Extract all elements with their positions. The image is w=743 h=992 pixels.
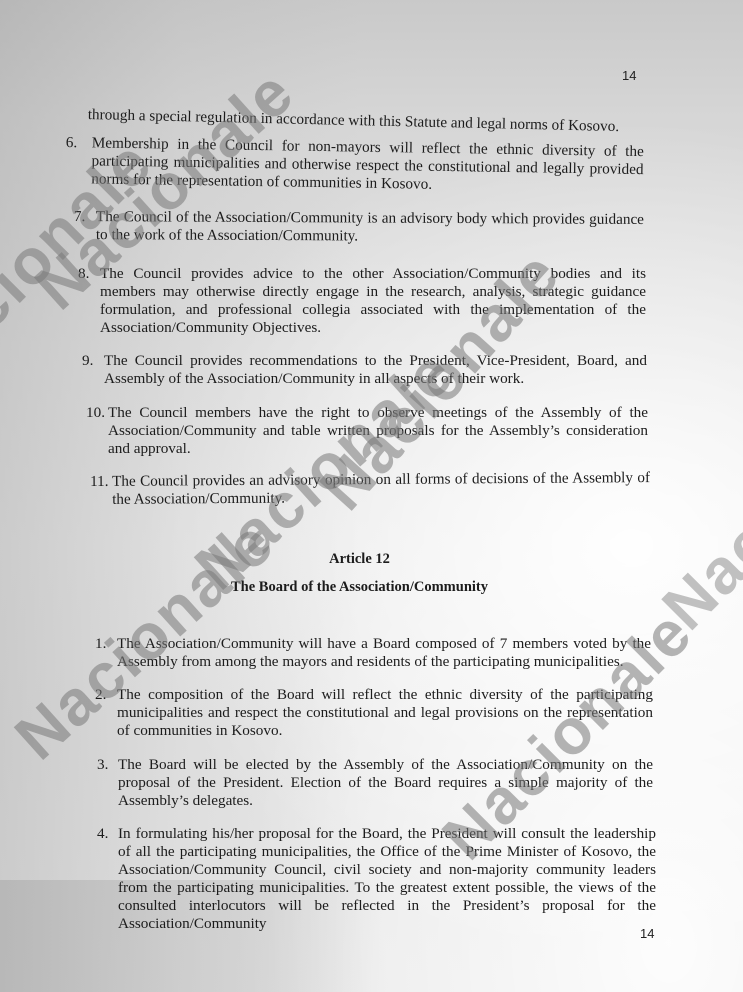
- item-number: 4.: [97, 825, 108, 843]
- item-text: The Council members have the right to ob…: [108, 404, 648, 458]
- item-text: The Board will be elected by the Assembl…: [118, 756, 653, 810]
- item-text: The Council provides advice to the other…: [100, 265, 646, 337]
- document-page: 14 through a special regulation in accor…: [0, 0, 743, 992]
- item-text: In formulating his/her proposal for the …: [118, 825, 656, 933]
- item-number: 1.: [95, 635, 106, 653]
- item-text: The Council provides recommendations to …: [104, 352, 647, 388]
- item-number: 9.: [82, 352, 93, 370]
- article-subtitle: The Board of the Association/Community: [0, 578, 731, 596]
- item-number: 6.: [66, 134, 78, 152]
- continuation-line: through a special regulation in accordan…: [88, 106, 620, 136]
- item-text: The Council provides an advisory opinion…: [112, 469, 650, 509]
- article-title: Article 12: [0, 550, 731, 568]
- item-number: 8.: [78, 265, 89, 283]
- item-text: The Association/Community will have a Bo…: [117, 635, 651, 671]
- watermark: Nacionale: [648, 365, 743, 644]
- item-text: The composition of the Board will reflec…: [117, 686, 653, 740]
- item-number: 3.: [97, 756, 108, 774]
- item-text: Membership in the Council for non-mayors…: [91, 134, 644, 197]
- item-number: 2.: [95, 686, 106, 704]
- page-number-top: 14: [622, 68, 636, 83]
- council-item-7: 7. The Council of the Association/Commun…: [74, 208, 646, 211]
- page-number-bottom: 14: [640, 926, 654, 941]
- council-item-6: 6. Membership in the Council for non-may…: [66, 134, 646, 143]
- item-number: 11.: [90, 473, 109, 491]
- item-number: 10.: [86, 404, 105, 422]
- item-number: 7.: [74, 208, 85, 226]
- council-item-11: 11. The Council provides an advisory opi…: [90, 469, 650, 473]
- item-text: The Council of the Association/Community…: [96, 208, 644, 247]
